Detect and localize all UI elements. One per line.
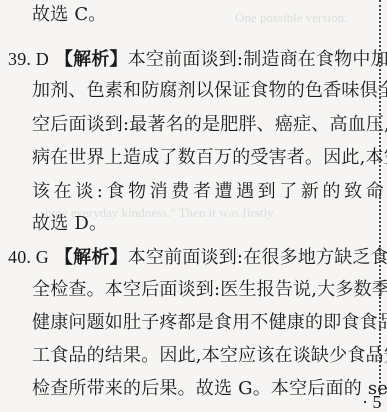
text-line: 故选 C。 xyxy=(32,4,107,26)
text-line: 检查所带来的后果。故选 G。本空后面的 seasonal xyxy=(32,378,387,400)
text-line: 健康问题如肚子疼都是食用不健康的即食食品或加 xyxy=(32,312,387,334)
question-39-line: 39. D 【解析】本空前面谈到:制造商在食物中加上添 xyxy=(8,48,387,71)
text-line: 工食品的结果。因此,本空应该在谈缺少食品安全 xyxy=(32,345,387,367)
question-number: 39. D xyxy=(8,49,49,69)
text-line: 本空前面谈到:制造商在食物中加上添 xyxy=(128,49,387,70)
text-line: 该在谈:食物消费者遭遇到了新的致命疾病。 xyxy=(32,181,387,203)
text-line: 本空前面谈到:在很多地方缺乏食品安 xyxy=(128,247,387,268)
text-line: 加剂、色素和防腐剂以保证食物的色香味俱全。本 xyxy=(32,80,387,102)
analysis-tag: 【解析】 xyxy=(55,49,128,70)
question-number: 40. G xyxy=(8,247,49,267)
text-line: 全检查。本空后面谈到:医生报告说,大多数季节性 xyxy=(32,279,387,301)
bleed-through-text: One possible version: xyxy=(235,10,348,26)
analysis-tag: 【解析】 xyxy=(55,247,128,268)
page-number: · 5 xyxy=(362,392,382,412)
dotted-divider xyxy=(379,0,381,395)
text-line: 空后面谈到:最著名的是肥胖、癌症、高血压,这些疾 xyxy=(32,114,387,136)
question-40-line: 40. G 【解析】本空前面谈到:在很多地方缺乏食品安 xyxy=(8,246,387,269)
text-line: 病在世界上造成了数百万的受害者。因此,本空应 xyxy=(32,147,387,169)
text-line: 故选 D。 xyxy=(32,213,107,235)
